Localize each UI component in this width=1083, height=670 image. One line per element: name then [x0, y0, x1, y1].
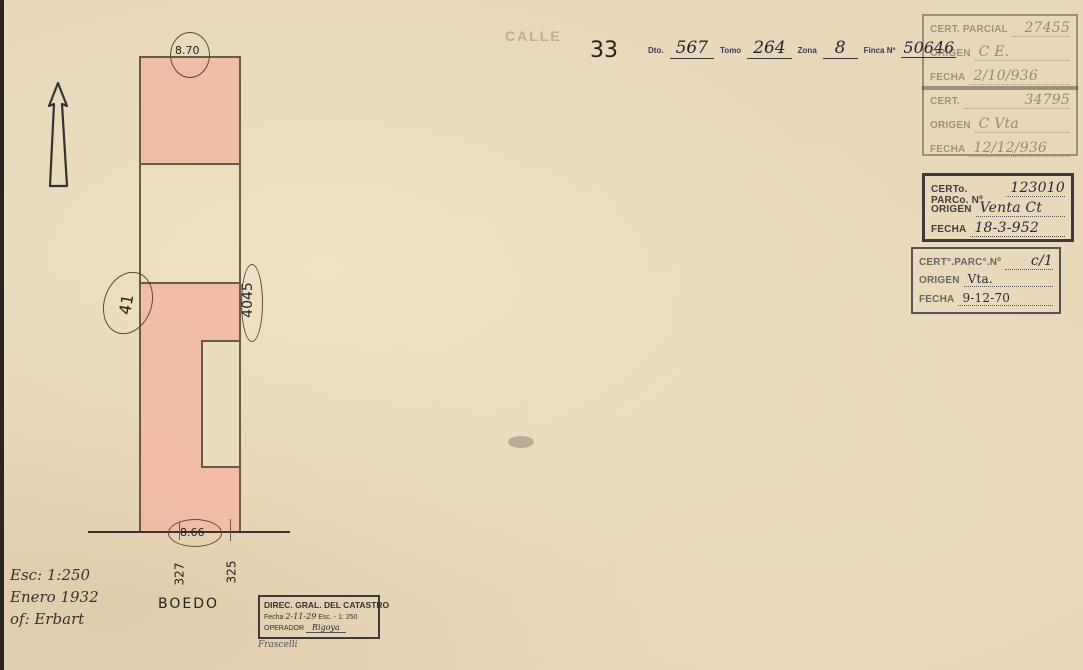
plot-divider-2 — [139, 282, 240, 284]
stamp-cert-1952: CERTo. PARCo. Nº123010 ORIGENVenta Ct FE… — [922, 173, 1074, 242]
page-number: 33 — [590, 38, 618, 63]
field-dto-value: 567 — [670, 38, 714, 59]
notes: Esc: 1:250 Enero 1932 of: Erbart — [10, 564, 99, 630]
courtyard-bottom — [201, 466, 241, 468]
stamp-row: CERT.34795 — [930, 92, 1070, 116]
header-fields: Dto. 567 Tomo 264 Zona 8 Finca Nº 50646 — [648, 38, 956, 59]
plot-inner-courtyard — [201, 340, 241, 466]
stamp-cert-1936-a: CERT. PARCIAL27455 ORIGENC E. FECHA2/10/… — [922, 14, 1078, 90]
field-dto-label: Dto. — [648, 46, 664, 55]
stamp-row: ORIGENC Vta — [930, 116, 1070, 140]
catastro-title: DIREC. GRAL. DEL CATASTRO — [264, 600, 374, 610]
field-tomo-label: Tomo — [720, 46, 741, 55]
field-tomo-value: 264 — [747, 38, 791, 59]
street-name: BOEDO — [158, 596, 219, 612]
note-date: Enero 1932 — [10, 586, 99, 608]
stamp-row: CERT°.PARC°.Nºc/1 — [919, 253, 1053, 272]
field-finca-label: Finca Nº — [864, 46, 896, 55]
front-width-bottom: 8.66 — [180, 526, 205, 539]
stamp-row: CERTo. PARCo. Nº123010 — [931, 180, 1065, 200]
door-number-325: 325 — [224, 561, 238, 584]
note-scale: Esc: 1:250 — [10, 564, 99, 586]
stamp-catastro: DIREC. GRAL. DEL CATASTRO Fecha 2-11-29 … — [258, 595, 380, 639]
courtyard-left — [201, 340, 203, 466]
door-number-327: 327 — [172, 563, 186, 586]
side-number: 4045 — [240, 282, 256, 318]
note-office: of: Erbart — [10, 608, 99, 630]
catastro-operador-row: OPERADOR Rigoya — [264, 623, 374, 632]
scan-edge — [0, 0, 4, 670]
north-arrow-icon — [44, 80, 74, 190]
paper-stain — [508, 436, 534, 448]
front-width-top: 8.70 — [175, 44, 200, 57]
plot-divider-1 — [139, 163, 239, 165]
catastro-signature: Frascelli — [258, 640, 298, 650]
stamp-row: FECHA12/12/936 — [930, 140, 1070, 164]
stamp-row: FECHA9-12-70 — [919, 291, 1053, 310]
stamp-row: ORIGENVta. — [919, 272, 1053, 291]
stamp-cert-1970: CERT°.PARC°.Nºc/1 ORIGENVta. FECHA9-12-7… — [911, 247, 1061, 314]
field-zona-label: Zona — [798, 46, 817, 55]
lot-number: 41 — [115, 293, 137, 316]
street-label-faint: CALLE — [505, 28, 562, 44]
stamp-row: FECHA18-3-952 — [931, 220, 1065, 240]
courtyard-top — [201, 340, 241, 342]
stamp-row: ORIGENC E. — [930, 44, 1070, 68]
field-zona-value: 8 — [823, 38, 858, 59]
stamp-row: CERT. PARCIAL27455 — [930, 20, 1070, 44]
stamp-cert-1936-b: CERT.34795 ORIGENC Vta FECHA12/12/936 — [922, 86, 1078, 156]
tick-325 — [230, 519, 231, 541]
catastro-fecha-row: Fecha 2-11-29 Esc. - 1: 250 — [264, 612, 374, 621]
